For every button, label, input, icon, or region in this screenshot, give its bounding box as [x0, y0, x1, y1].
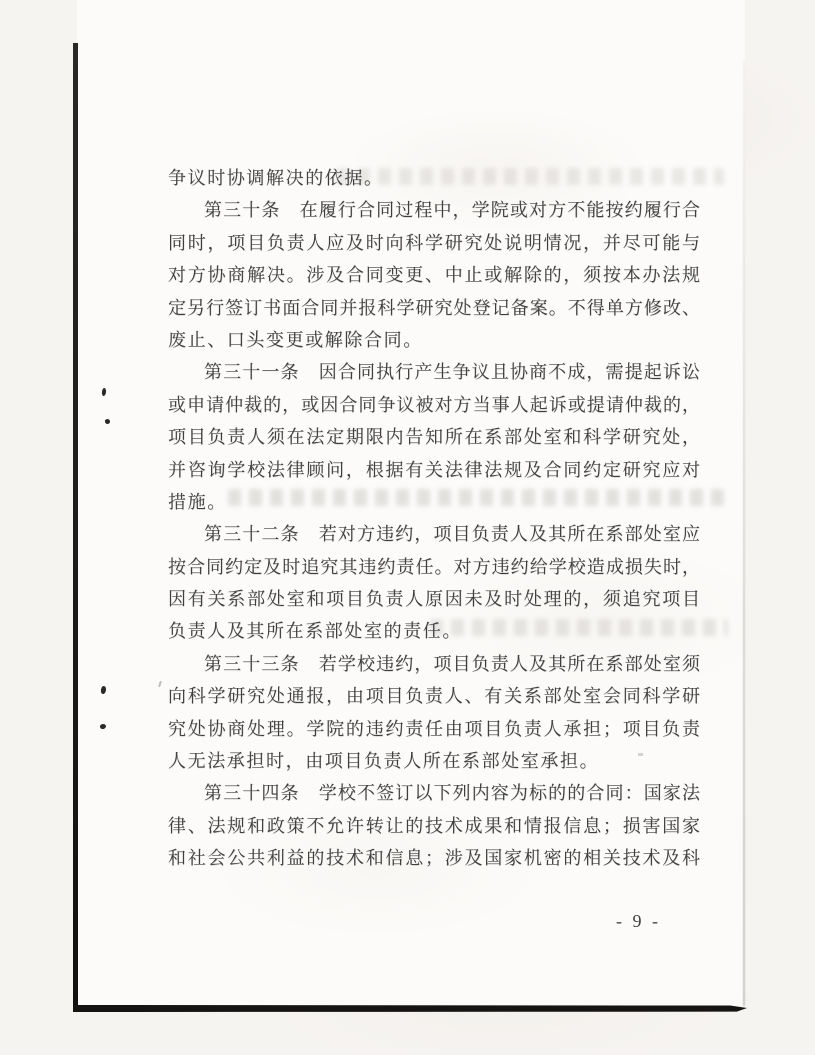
document-line: 措施。: [168, 486, 700, 518]
scan-bottom-edge-bar: [73, 1005, 747, 1012]
document-line: 第三十一条 因合同执行产生争议且协商不成，需提起诉讼: [168, 356, 700, 388]
document-line: 废止、口头变更或解除合同。: [168, 324, 700, 356]
scan-left-edge-bar: [73, 43, 78, 1010]
scanned-document: 争议时协调解决的依据。第三十条 在履行合同过程中，学院或对方不能按约履行合同时，…: [0, 0, 815, 1055]
document-line: 争议时协调解决的依据。: [168, 162, 700, 194]
document-line: 负责人及其所在系部处室的责任。: [168, 615, 700, 647]
document-line: 人无法承担时，由项目负责人所在系部处室承担。: [168, 745, 700, 777]
document-line: 同时，项目负责人应及时向科学研究处说明情况，并尽可能与: [168, 227, 700, 259]
document-line: 第三十四条 学校不签订以下列内容为标的的合同：国家法: [168, 777, 700, 809]
document-line: 向科学研究处通报，由项目负责人、有关系部处室会同科学研: [168, 680, 700, 712]
document-line: 项目负责人须在法定期限内告知所在系部处室和科学研究处，: [168, 421, 700, 453]
document-line: 定另行签订书面合同并报科学研究处登记备案。不得单方修改、: [168, 292, 700, 324]
document-line: 并咨询学校法律顾问，根据有关法律法规及合同约定研究应对: [168, 454, 700, 486]
document-line: 或申请仲裁的，或因合同争议被对方当事人起诉或提请仲裁的，: [168, 389, 700, 421]
document-line: 第三十条 在履行合同过程中，学院或对方不能按约履行合: [168, 194, 700, 226]
document-line: 对方协商解决。涉及合同变更、中止或解除的，须按本办法规: [168, 259, 700, 291]
document-line: 律、法规和政策不允许转让的技术成果和情报信息；损害国家: [168, 810, 700, 842]
document-line: 因有关系部处室和项目负责人原因未及时处理的，须追究项目: [168, 583, 700, 615]
document-line: 究处协商处理。学院的违约责任由项目负责人承担；项目负责: [168, 713, 700, 745]
document-line: 和社会公共利益的技术和信息；涉及国家机密的相关技术及科: [168, 842, 700, 874]
document-line: 第三十三条 若学校违约，项目负责人及其所在系部处室须: [168, 648, 700, 680]
page-number: - 9 -: [616, 911, 661, 932]
text-block: 争议时协调解决的依据。第三十条 在履行合同过程中，学院或对方不能按约履行合同时，…: [168, 162, 700, 875]
page-right-edge-line: [743, 60, 745, 1006]
document-line: 按合同约定及时追究其违约责任。对方违约给学校造成损失时，: [168, 551, 700, 583]
document-line: 第三十二条 若对方违约，项目负责人及其所在系部处室应: [168, 518, 700, 550]
